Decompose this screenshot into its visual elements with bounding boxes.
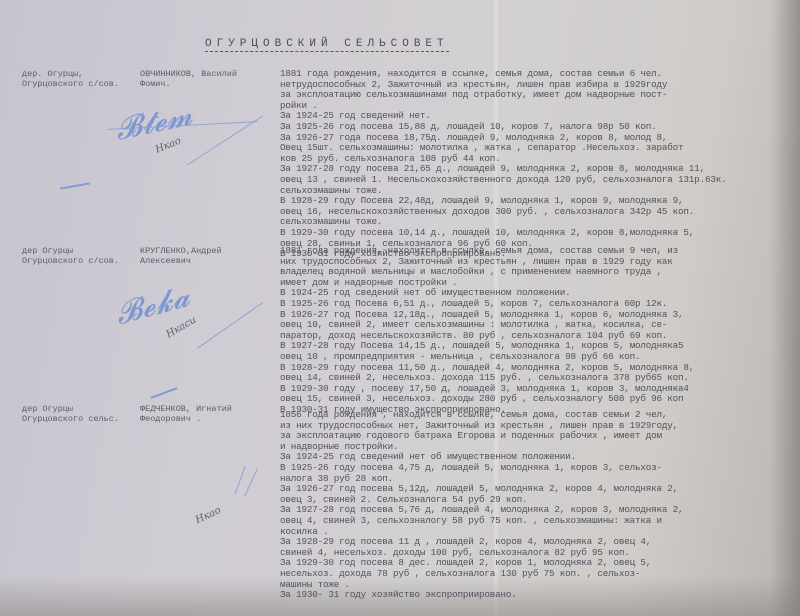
entry-1-name: ОВЧИННИКОВ, Василий Фомич. (140, 69, 275, 89)
entry-3-name: ФЕДЧЕНКОВ, Игнатий Феодорович . (140, 404, 275, 424)
entry-1-text: 1881 года рождения, находится в ссылке, … (280, 69, 760, 260)
entry-2-text: 1881 года рождения, находится в ссылке, … (280, 246, 760, 416)
entry-2-name: КРУГЛЕНКО,Андрей Алексеевич (140, 246, 275, 266)
document-title: ОГУРЦОВСКИЙ СЕЛЬСОВЕТ (205, 38, 449, 52)
entry-2-place: дер Огурцы Огурцовского с/сов. (22, 246, 132, 266)
entry-3-place: дер Огурцы Огурцовского сельс. (22, 404, 132, 424)
entry-1-place: дер. Огурцы, Огурцовского с/сов. (22, 69, 132, 89)
entry-3-text: 1856 года рождения , находится в ссылке,… (280, 410, 760, 601)
page-edge-shadow (770, 0, 800, 616)
